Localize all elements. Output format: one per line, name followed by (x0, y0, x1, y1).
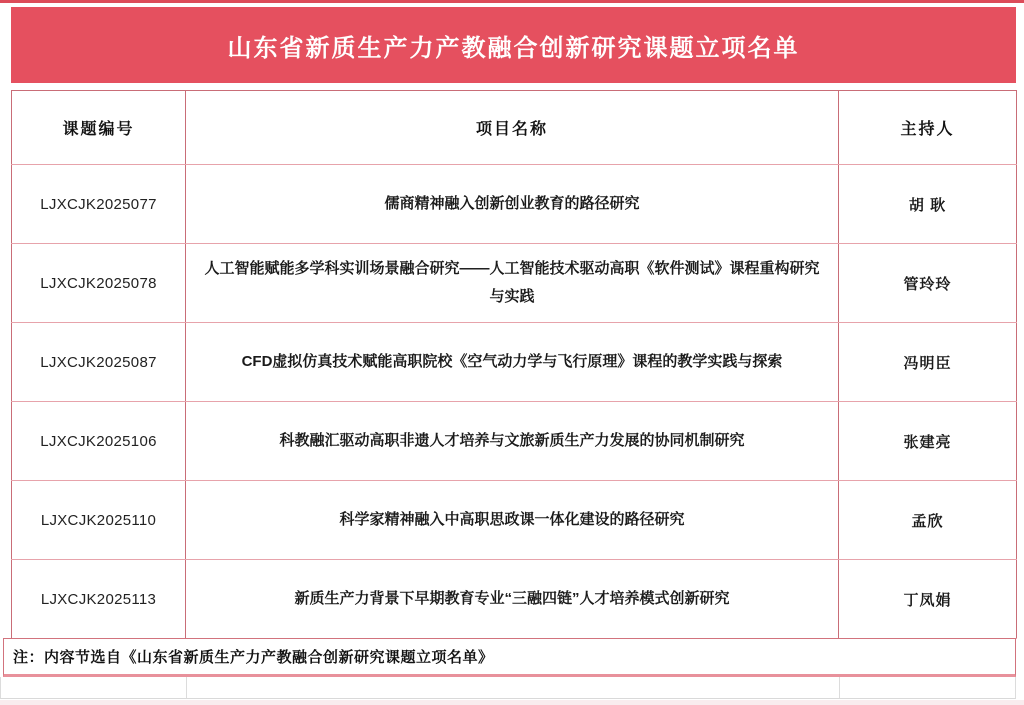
cell-code: LJXCJK2025087 (12, 323, 186, 402)
ghost-column-divider (186, 677, 187, 698)
page-title: 山东省新质生产力产教融合创新研究课题立项名单 (228, 28, 800, 63)
column-header-code: 课题编号 (12, 91, 186, 165)
cell-code: LJXCJK2025078 (12, 244, 186, 323)
project-table: 课题编号 项目名称 主持人 LJXCJK2025077 儒商精神融入创新创业教育… (11, 90, 1017, 639)
table-row: LJXCJK2025077 儒商精神融入创新创业教育的路径研究 胡 耿 (12, 165, 1017, 244)
table-row: LJXCJK2025087 CFD虚拟仿真技术赋能高职院校《空气动力学与飞行原理… (12, 323, 1017, 402)
cell-leader: 孟欣 (839, 481, 1017, 560)
cell-code: LJXCJK2025077 (12, 165, 186, 244)
cell-leader: 冯明臣 (839, 323, 1017, 402)
cell-leader: 管玲玲 (839, 244, 1017, 323)
footnote-row: 注：内容节选自《山东省新质生产力产教融合创新研究课题立项名单》 (3, 638, 1016, 677)
cell-code: LJXCJK2025113 (12, 560, 186, 639)
cell-project-name: 人工智能赋能多学科实训场景融合研究——人工智能技术驱动高职《软件测试》课程重构研… (186, 244, 839, 323)
bottom-accent-strip (0, 700, 1024, 705)
footnote-text: 注：内容节选自《山东省新质生产力产教融合创新研究课题立项名单》 (13, 646, 494, 667)
empty-next-row (0, 677, 1016, 699)
cell-project-name: 新质生产力背景下早期教育专业“三融四链”人才培养模式创新研究 (186, 560, 839, 639)
column-header-leader: 主持人 (839, 91, 1017, 165)
cell-code: LJXCJK2025110 (12, 481, 186, 560)
table-row: LJXCJK2025113 新质生产力背景下早期教育专业“三融四链”人才培养模式… (12, 560, 1017, 639)
column-header-project-name: 项目名称 (186, 91, 839, 165)
table-row: LJXCJK2025106 科教融汇驱动高职非遗人才培养与文旅新质生产力发展的协… (12, 402, 1017, 481)
top-accent-strip (0, 0, 1024, 3)
cell-code: LJXCJK2025106 (12, 402, 186, 481)
cell-leader: 张建亮 (839, 402, 1017, 481)
ghost-column-divider (839, 677, 840, 698)
table-row: LJXCJK2025110 科学家精神融入中高职思政课一体化建设的路径研究 孟欣 (12, 481, 1017, 560)
cell-project-name: 科教融汇驱动高职非遗人才培养与文旅新质生产力发展的协同机制研究 (186, 402, 839, 481)
cell-leader: 丁凤娟 (839, 560, 1017, 639)
cell-project-name: 科学家精神融入中高职思政课一体化建设的路径研究 (186, 481, 839, 560)
table-row: LJXCJK2025078 人工智能赋能多学科实训场景融合研究——人工智能技术驱… (12, 244, 1017, 323)
cell-leader: 胡 耿 (839, 165, 1017, 244)
table-header-row: 课题编号 项目名称 主持人 (12, 91, 1017, 165)
page-title-banner: 山东省新质生产力产教融合创新研究课题立项名单 (11, 7, 1016, 83)
cell-project-name: CFD虚拟仿真技术赋能高职院校《空气动力学与飞行原理》课程的教学实践与探索 (186, 323, 839, 402)
cell-project-name: 儒商精神融入创新创业教育的路径研究 (186, 165, 839, 244)
